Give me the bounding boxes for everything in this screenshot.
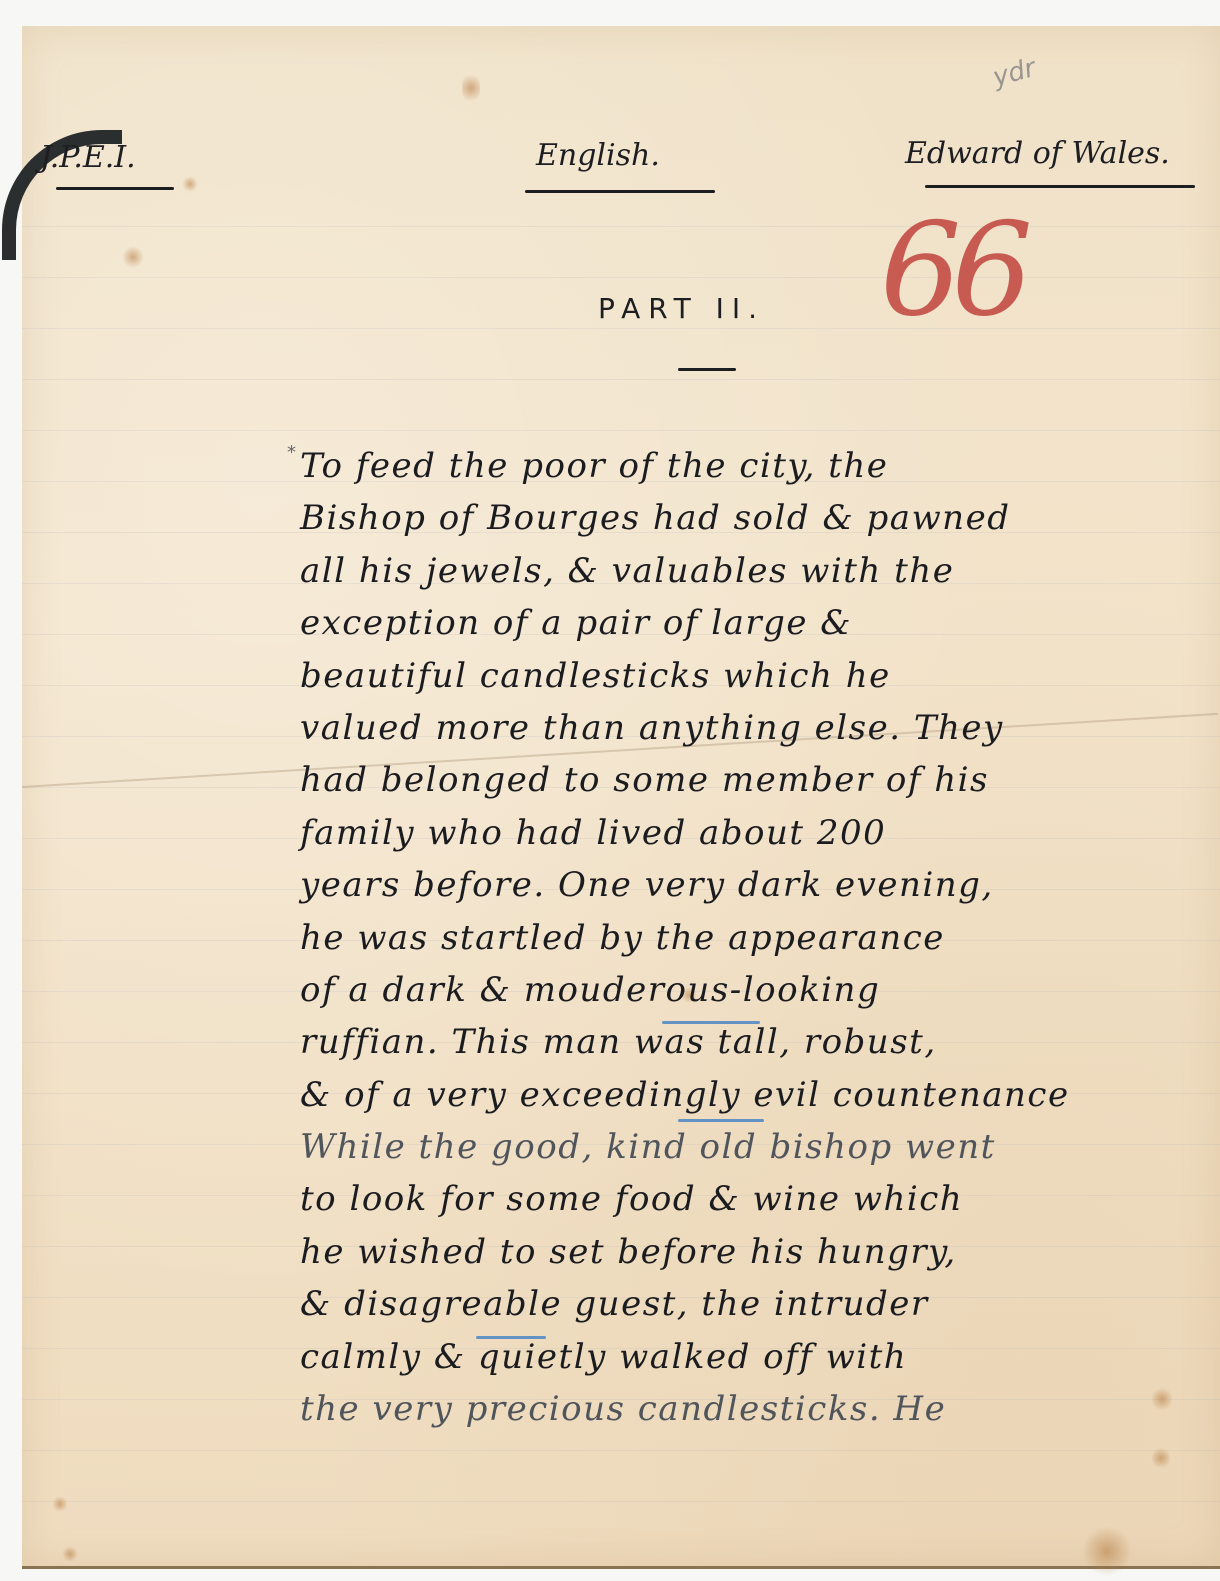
stain: [462, 71, 480, 105]
stain: [1152, 1446, 1170, 1470]
grade-mark: 66: [880, 196, 1023, 345]
essay-line: he wished to set before his hungry,: [300, 1226, 1210, 1278]
essay-line: ruffian. This man was tall, robust,: [300, 1016, 1210, 1068]
header-subject-underline: [525, 190, 715, 193]
section-title: PART II.: [598, 292, 765, 325]
stain: [182, 176, 198, 192]
stain: [122, 246, 144, 268]
essay-line: he was startled by the appearance: [300, 912, 1210, 964]
header-subject: English.: [536, 138, 660, 173]
header-house-underline: [925, 185, 1195, 188]
stain: [1082, 1526, 1132, 1576]
essay-line: years before. One very dark evening,: [300, 859, 1210, 911]
essay-line: the very precious candlesticks. He: [300, 1383, 1210, 1435]
essay-line: & disagreable guest, the intruder: [300, 1278, 1210, 1330]
essay-line: exception of a pair of large &: [300, 597, 1210, 649]
star-marker-icon: *: [287, 442, 296, 463]
essay-body: To feed the poor of the city, the Bishop…: [300, 440, 1210, 1435]
essay-line: all his jewels, & valuables with the: [300, 545, 1210, 597]
essay-line: calmly & quietly walked off with: [300, 1331, 1210, 1383]
essay-line: to look for some food & wine which: [300, 1173, 1210, 1225]
essay-line: of a dark & mouderous-looking: [300, 964, 1210, 1016]
essay-line: valued more than anything else. They: [300, 702, 1210, 754]
header-left-underline: [56, 187, 174, 190]
essay-line: To feed the poor of the city, the: [300, 440, 1210, 492]
stain: [62, 1546, 78, 1562]
stain: [52, 1496, 68, 1512]
essay-line: & of a very exceedingly evil countenance: [300, 1069, 1210, 1121]
essay-line: had belonged to some member of his: [300, 754, 1210, 806]
essay-line: While the good, kind old bishop went: [300, 1121, 1210, 1173]
section-title-underline: [678, 368, 736, 371]
header-house-name: Edward of Wales.: [905, 136, 1170, 171]
correction-underline-exceedingly: [678, 1119, 764, 1122]
essay-line: beautiful candlesticks which he: [300, 650, 1210, 702]
correction-underline-disagreable: [476, 1336, 546, 1339]
correction-underline-mouderous: [662, 1021, 760, 1024]
essay-line: Bishop of Bourges had sold & pawned: [300, 492, 1210, 544]
header-left-code: J.P.E.I.: [40, 140, 136, 175]
essay-line: family who had lived about 200: [300, 807, 1210, 859]
